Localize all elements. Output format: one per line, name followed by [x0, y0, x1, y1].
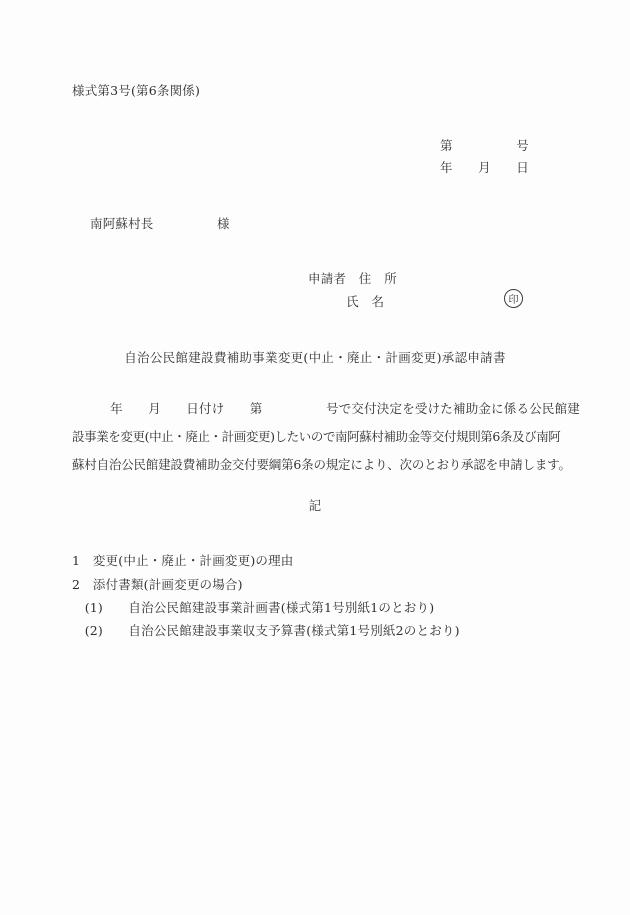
list-subitem-budget-document: (2) 自治公民館建設事業収支予算書(様式第1号別紙2のとおり): [72, 623, 460, 638]
body-paragraph-line: 年 月 日付け 第 号で交付決定を受けた補助金に係る公民館建: [72, 401, 580, 416]
form-number: 様式第3号(第6条関係): [72, 83, 200, 98]
section-marker: 記: [0, 498, 630, 513]
list-item-attachments: 2 添付書類(計画変更の場合): [72, 577, 243, 592]
seal-mark-icon: 印: [504, 289, 523, 308]
body-paragraph-line: 設事業を変更(中止・廃止・計画変更)したいので南阿蘇村補助金等交付規則第6条及び…: [72, 429, 560, 444]
body-paragraph-line: 蘇村自治公民館建設費補助金交付要綱第6条の規定により、次のとおり承認を申請します…: [72, 457, 571, 472]
date-line: 年 月 日: [440, 160, 529, 175]
applicant-name-label: 氏 名: [308, 294, 384, 309]
document-page: 様式第3号(第6条関係) 第 号 年 月 日 南阿蘇村長 様 申請者 住 所 氏…: [0, 0, 630, 915]
document-number-line: 第 号: [440, 138, 529, 153]
applicant-address-label: 申請者 住 所: [308, 271, 397, 286]
document-title: 自治公民館建設費補助事業変更(中止・廃止・計画変更)承認申請書: [0, 350, 630, 365]
addressee-line: 南阿蘇村長 様: [90, 216, 230, 231]
list-subitem-plan-document: (1) 自治公民館建設事業計画書(様式第1号別紙1のとおり): [72, 600, 434, 615]
seal-character: 印: [509, 291, 519, 306]
list-item-reason: 1 変更(中止・廃止・計画変更)の理由: [72, 553, 294, 568]
